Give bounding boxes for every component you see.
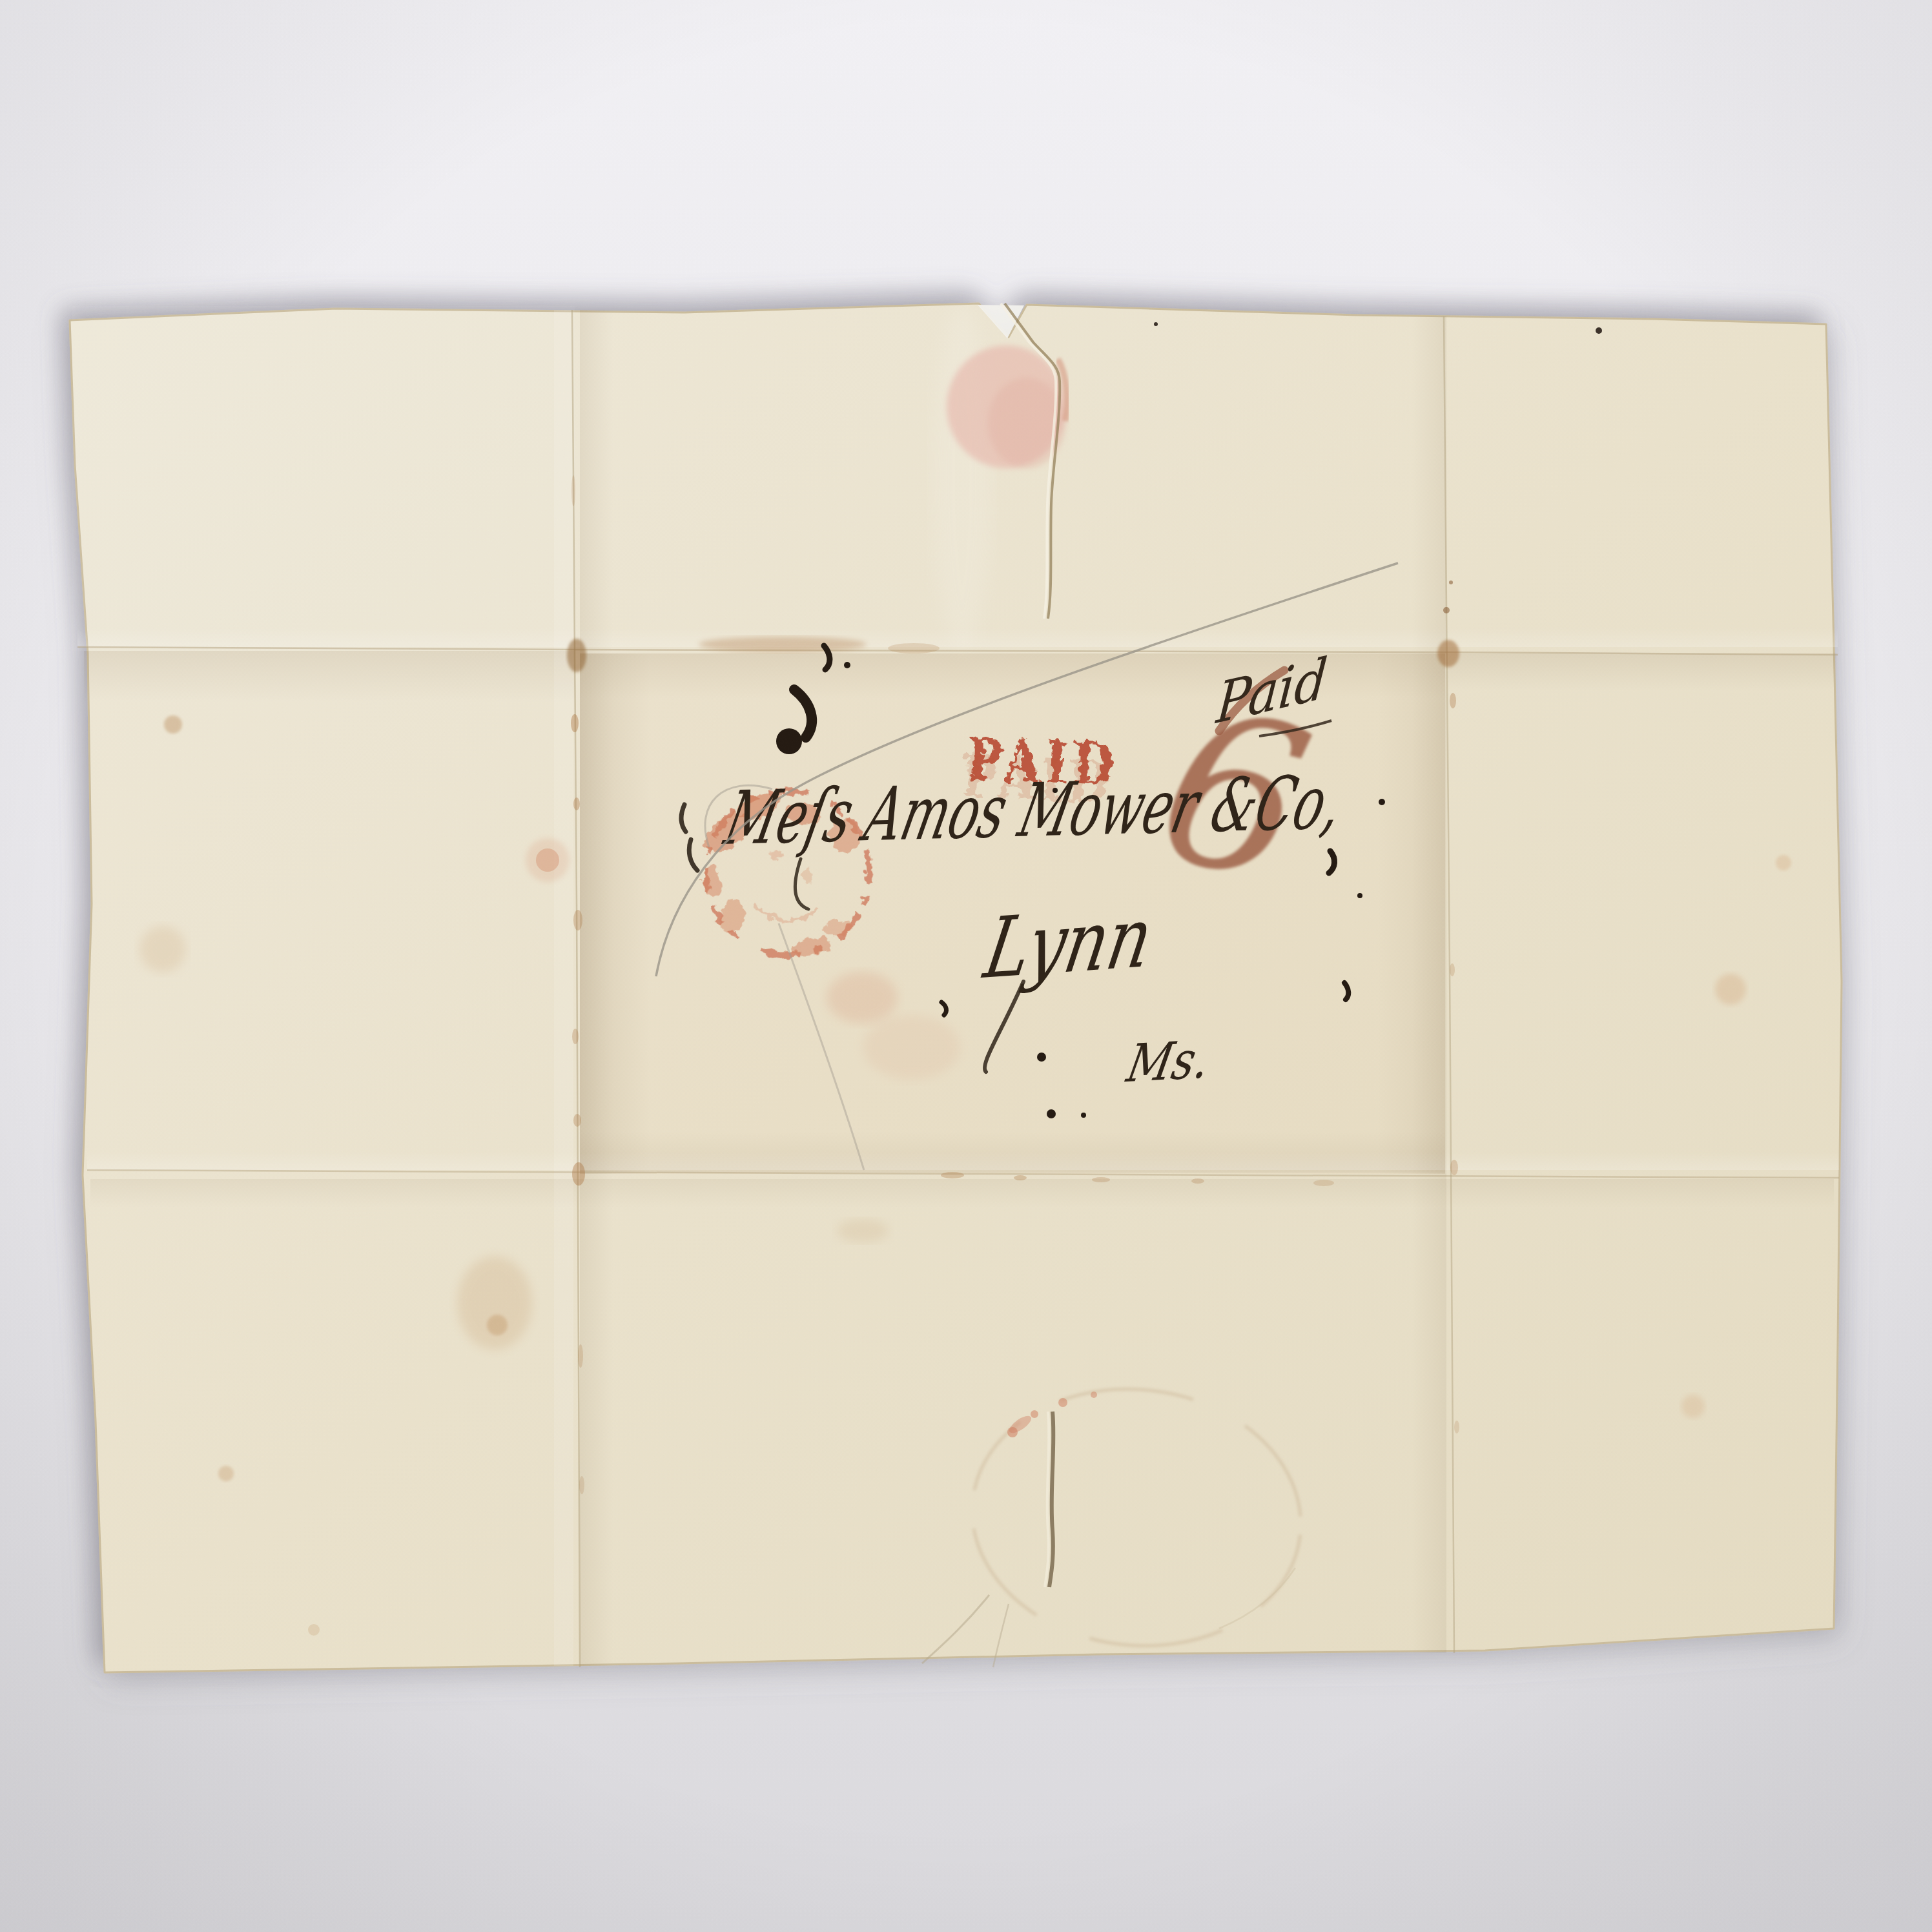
photo-of-folded-letter: PAID PAID 6 Paid Meſs Amos Mower &Co, Ly… [0, 0, 1932, 1932]
photo-grain-overlay [0, 0, 1932, 1932]
letter-photo: PAID PAID 6 Paid Meſs Amos Mower &Co, Ly… [0, 0, 1932, 1932]
